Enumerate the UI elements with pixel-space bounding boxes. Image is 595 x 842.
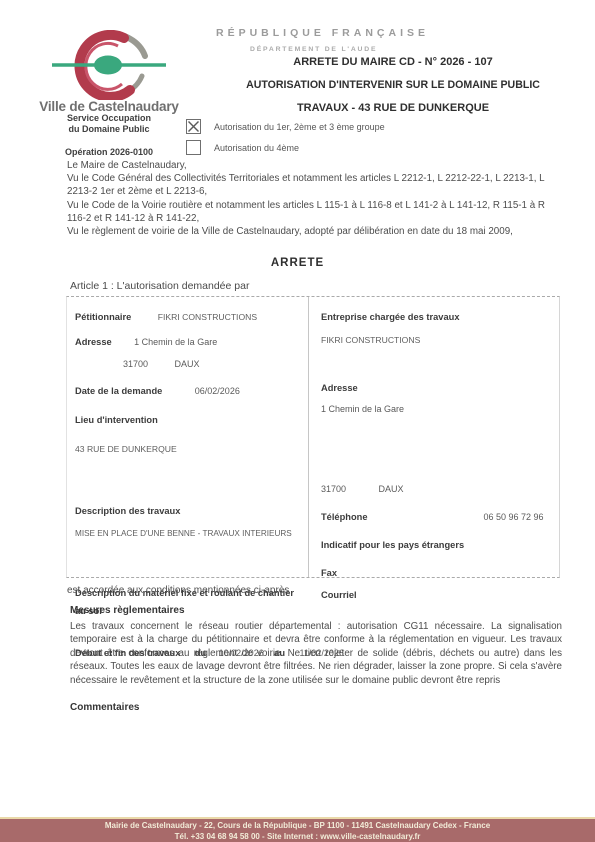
fax-label: Fax <box>321 568 337 578</box>
entreprise-value: FIKRI CONSTRUCTIONS <box>321 335 420 345</box>
petitionnaire-label: Pétitionnaire <box>75 312 131 322</box>
preamble-vu-cgct: Vu le Code Général des Collectivités Ter… <box>67 172 563 198</box>
preamble-text: Le Maire de Castelnaudary, Vu le Code Gé… <box>67 159 563 238</box>
autorisation-title: AUTORISATION D'INTERVENIR SUR LE DOMAINE… <box>208 79 578 91</box>
arrete-number-title: ARRETE DU MAIRE CD - N° 2026 - 107 <box>208 56 578 68</box>
travaux-title: TRAVAUX - 43 RUE DE DUNKERQUE <box>208 102 578 114</box>
document-page: Ville de Castelnaudary Service Occupatio… <box>0 0 595 842</box>
entreprise-adresse-value-row: 1 Chemin de la Gare <box>321 399 551 417</box>
telephone-label: Téléphone <box>321 512 479 522</box>
checkbox-groupe123 <box>186 119 201 134</box>
description-travaux-value-row: MISE EN PLACE D'UNE BENNE - TRAVAUX INTE… <box>75 523 302 541</box>
entreprise-label: Entreprise chargée des travaux <box>321 312 460 322</box>
mesures-heading: Mesures règlementaires <box>70 605 185 616</box>
departement-label: DÉPARTEMENT DE L'AUDE <box>250 46 377 53</box>
date-demande-value: 06/02/2026 <box>195 386 240 396</box>
telephone-value: 06 50 96 72 96 <box>483 512 543 522</box>
article1-heading: Article 1 : L'autorisation demandée par <box>70 280 249 292</box>
city-name: Ville de Castelnaudary <box>18 100 200 113</box>
petitionnaire-row: Pétitionnaire FIKRI CONSTRUCTIONS <box>75 307 302 325</box>
adresse-value: 1 Chemin de la Gare <box>134 337 217 347</box>
adresse-ville: DAUX <box>174 359 199 369</box>
description-travaux-label: Description des travaux <box>75 506 180 516</box>
adresse-cp: 31700 <box>123 359 148 369</box>
indicatif-row: Indicatif pour les pays étrangers <box>321 535 551 553</box>
operation-number: Opération 2026-0100 <box>18 147 200 157</box>
city-logo-block: Ville de Castelnaudary Service Occupatio… <box>18 30 200 157</box>
adresse-cp-row: 31700 DAUX <box>123 354 302 372</box>
accord-conditions-text: est accordée aux conditions mentionnées … <box>67 585 289 596</box>
lieu-row: Lieu d'intervention <box>75 410 302 428</box>
lieu-value: 43 RUE DE DUNKERQUE <box>75 444 177 454</box>
service-name-line2: du Domaine Public <box>18 124 200 135</box>
preamble-line-maire: Le Maire de Castelnaudary, <box>67 159 563 172</box>
commentaires-heading: Commentaires <box>70 702 139 713</box>
entreprise-row: Entreprise chargée des travaux <box>321 307 551 325</box>
footer-address-line: Mairie de Castelnaudary - 22, Cours de l… <box>0 821 595 832</box>
footer-contact-line: Tél. +33 04 68 94 58 00 - Site Internet … <box>0 832 595 842</box>
indicatif-label: Indicatif pour les pays étrangers <box>321 540 464 550</box>
adresse-row: Adresse 1 Chemin de la Gare <box>75 332 302 350</box>
entreprise-adresse-value: 1 Chemin de la Gare <box>321 404 404 414</box>
entreprise-value-row: FIKRI CONSTRUCTIONS <box>321 330 551 348</box>
castelnaudary-logo-icon <box>48 30 170 100</box>
arrete-heading: ARRETE <box>0 257 595 269</box>
checkbox-groupe4 <box>186 140 201 155</box>
courriel-label: Courriel <box>321 590 357 600</box>
description-travaux-row: Description des travaux <box>75 501 302 519</box>
entreprise-adresse-label: Adresse <box>321 383 358 393</box>
fax-row: Fax <box>321 563 551 581</box>
service-name-line1: Service Occupation <box>18 113 200 124</box>
adresse-label: Adresse <box>75 337 112 347</box>
lieu-value-row: 43 RUE DE DUNKERQUE <box>75 439 302 457</box>
petitionnaire-value: FIKRI CONSTRUCTIONS <box>158 312 257 322</box>
date-demande-label: Date de la demande <box>75 386 162 396</box>
entreprise-cp-row: 31700 DAUX <box>321 479 551 497</box>
republique-francaise-label: RÉPUBLIQUE FRANÇAISE <box>216 27 429 39</box>
lieu-label: Lieu d'intervention <box>75 415 158 425</box>
check-x-icon <box>187 120 200 133</box>
preamble-vu-voirie: Vu le Code de la Voirie routière et nota… <box>67 199 563 225</box>
telephone-row: Téléphone 06 50 96 72 96 <box>321 507 551 525</box>
description-travaux-value: MISE EN PLACE D'UNE BENNE - TRAVAUX INTE… <box>75 529 292 538</box>
checkbox-row-groupe4: Autorisation du 4ème <box>186 140 299 155</box>
table-right-column: Entreprise chargée des travaux FIKRI CON… <box>309 297 559 577</box>
checkbox-row-groupe123: Autorisation du 1er, 2ème et 3 ème group… <box>186 119 385 134</box>
courriel-row: Courriel <box>321 585 551 603</box>
entreprise-cp: 31700 <box>321 484 346 494</box>
footer-bar: Mairie de Castelnaudary - 22, Cours de l… <box>0 817 595 842</box>
date-demande-row: Date de la demande 06/02/2026 <box>75 381 302 399</box>
checkbox-groupe123-label: Autorisation du 1er, 2ème et 3 ème group… <box>214 122 385 132</box>
entreprise-adresse-row: Adresse <box>321 378 551 396</box>
table-left-column: Pétitionnaire FIKRI CONSTRUCTIONS Adress… <box>67 297 309 577</box>
checkbox-groupe4-label: Autorisation du 4ème <box>214 143 299 153</box>
entreprise-ville: DAUX <box>378 484 403 494</box>
mesures-body-text: Les travaux concernent le réseau routier… <box>70 620 562 687</box>
preamble-vu-reglement: Vu le règlement de voirie de la Ville de… <box>67 225 563 238</box>
authorization-form-table: Pétitionnaire FIKRI CONSTRUCTIONS Adress… <box>66 296 560 578</box>
